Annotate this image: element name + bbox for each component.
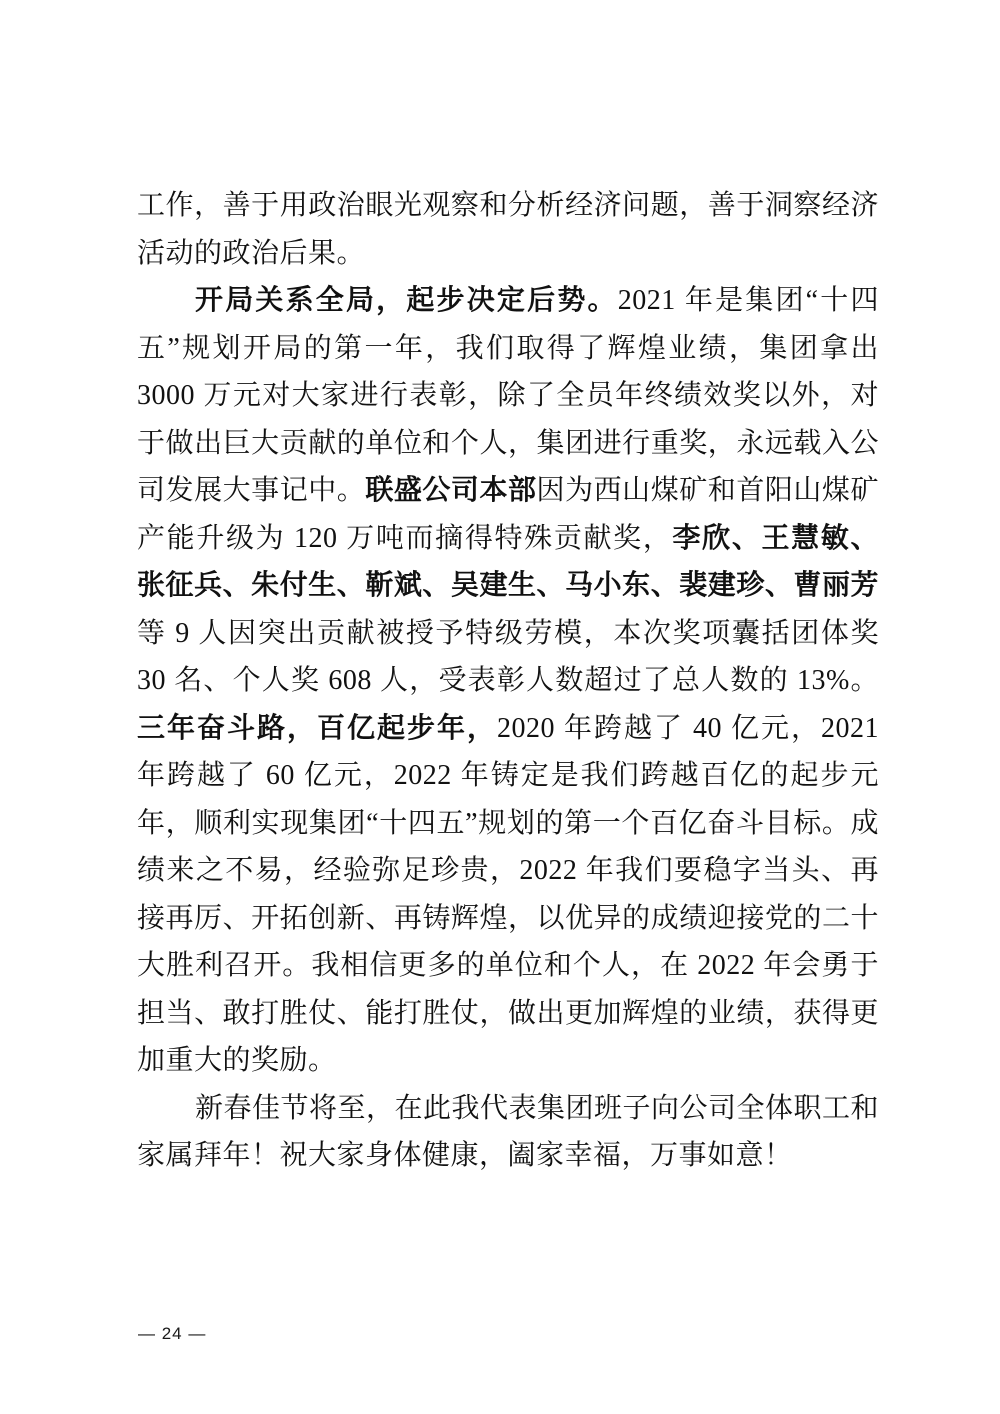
paragraph: 新春佳节将至，在此我代表集团班子向公司全体职工和家属拜年！祝大家身体健康，阖家幸… [137,1085,879,1180]
paragraph: 工作，善于用政治眼光观察和分析经济问题，善于洞察经济活动的政治后果。 [137,182,879,277]
page-number: — 24 — [138,1324,206,1344]
document-text: 工作，善于用政治眼光观察和分析经济问题，善于洞察经济活动的政治后果。开局关系全局… [137,182,879,1180]
document-page: 工作，善于用政治眼光观察和分析经济问题，善于洞察经济活动的政治后果。开局关系全局… [0,0,1000,1414]
text-segment: 工作，善于用政治眼光观察和分析经济问题，善于洞察经济活动的政治后果。 [137,190,879,269]
paragraph: 开局关系全局，起步决定后势。2021 年是集团“十四五”规划开局的第一年，我们取… [137,277,879,1085]
text-segment: 等 9 人因突出贡献被授予特级劳模，本次奖项囊括团体奖 30 名、个人奖 608… [137,618,879,697]
bold-text-segment: 联盛公司本部 [365,475,536,506]
text-segment: 新春佳节将至，在此我代表集团班子向公司全体职工和家属拜年！祝大家身体健康，阖家幸… [137,1093,879,1172]
bold-text-segment: 三年奋斗路，百亿起步年， [137,713,497,744]
bold-text-segment: 开局关系全局，起步决定后势。 [195,285,618,316]
text-segment: 2021 年是集团“十四五”规划开局的第一年，我们取得了辉煌业绩，集团拿出 30… [137,285,879,506]
text-segment: 2020 年跨越了 40 亿元，2021 年跨越了 60 亿元，2022 年铸定… [137,713,879,1077]
